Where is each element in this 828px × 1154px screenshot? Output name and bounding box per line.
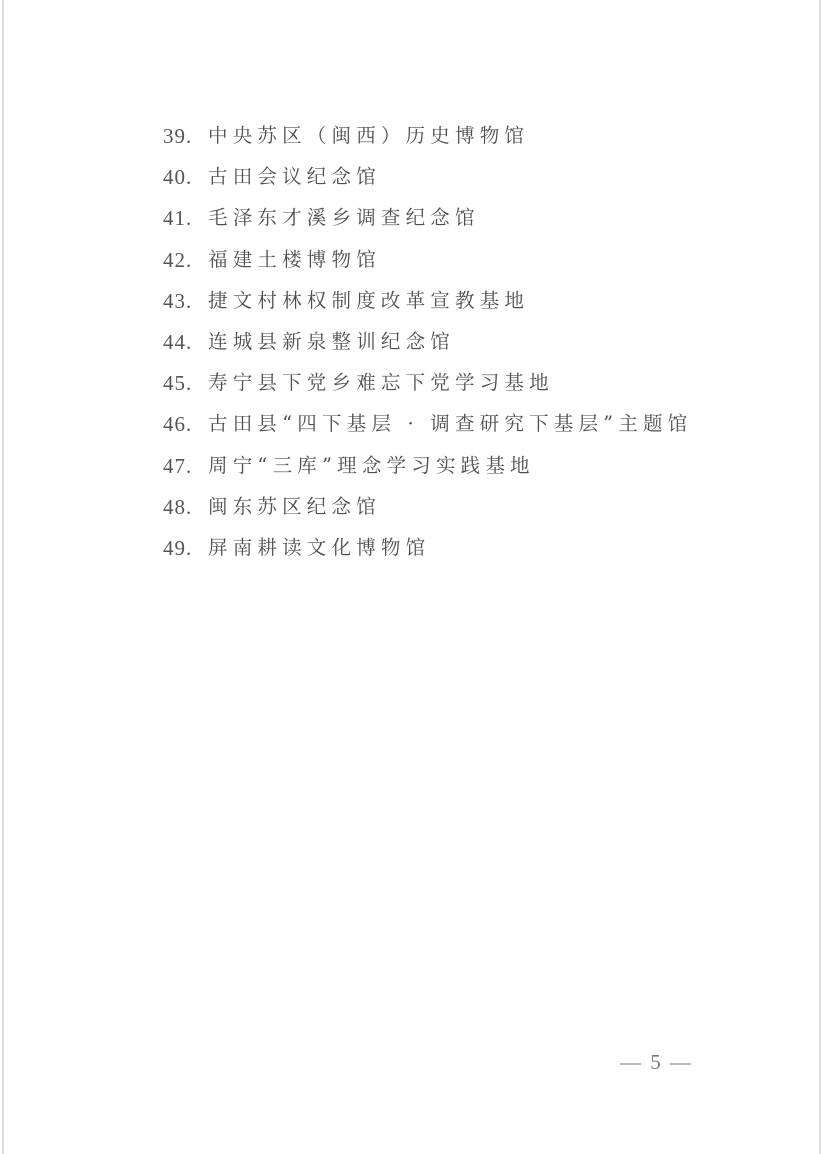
list-item: 39. 中央苏区（闽西）历史博物馆: [163, 121, 692, 162]
page-edge-left: [2, 0, 4, 1154]
museum-list: 39. 中央苏区（闽西）历史博物馆 40. 古田会议纪念馆 41. 毛泽东才溪乡…: [163, 121, 692, 574]
list-item: 40. 古田会议纪念馆: [163, 162, 692, 203]
list-item: 43. 捷文村林权制度改革宣教基地: [163, 286, 692, 327]
list-item: 44. 连城县新泉整训纪念馆: [163, 327, 692, 368]
item-name: 捷文村林权制度改革宣教基地: [208, 286, 529, 316]
item-name: 古田会议纪念馆: [208, 162, 381, 192]
item-number: 46.: [163, 409, 208, 439]
item-name: 毛泽东才溪乡调查纪念馆: [208, 203, 480, 233]
item-name: 周宁“三库”理念学习实践基地: [208, 451, 535, 481]
item-number: 40.: [163, 162, 208, 192]
item-name: 福建土楼博物馆: [208, 245, 381, 275]
list-item: 49. 屏南耕读文化博物馆: [163, 533, 692, 574]
item-number: 49.: [163, 533, 208, 563]
item-name: 闽东苏区纪念馆: [208, 492, 381, 522]
list-item: 41. 毛泽东才溪乡调查纪念馆: [163, 203, 692, 244]
item-number: 44.: [163, 327, 208, 357]
item-name: 连城县新泉整训纪念馆: [208, 327, 455, 357]
page-edge-right: [819, 0, 821, 1154]
item-number: 43.: [163, 286, 208, 316]
list-item: 46. 古田县“四下基层 · 调查研究下基层”主题馆: [163, 409, 692, 450]
item-number: 39.: [163, 121, 208, 151]
list-item: 47. 周宁“三库”理念学习实践基地: [163, 451, 692, 492]
list-item: 45. 寿宁县下党乡难忘下党学习基地: [163, 368, 692, 409]
item-number: 42.: [163, 245, 208, 275]
list-item: 48. 闽东苏区纪念馆: [163, 492, 692, 533]
list-item: 42. 福建土楼博物馆: [163, 245, 692, 286]
page-number: — 5 —: [620, 1050, 693, 1075]
item-number: 47.: [163, 451, 208, 481]
item-number: 48.: [163, 492, 208, 522]
item-name: 古田县“四下基层 · 调查研究下基层”主题馆: [208, 409, 692, 439]
item-name: 寿宁县下党乡难忘下党学习基地: [208, 368, 554, 398]
item-name: 中央苏区（闽西）历史博物馆: [208, 121, 529, 151]
item-name: 屏南耕读文化博物馆: [208, 533, 430, 563]
item-number: 45.: [163, 368, 208, 398]
item-number: 41.: [163, 203, 208, 233]
